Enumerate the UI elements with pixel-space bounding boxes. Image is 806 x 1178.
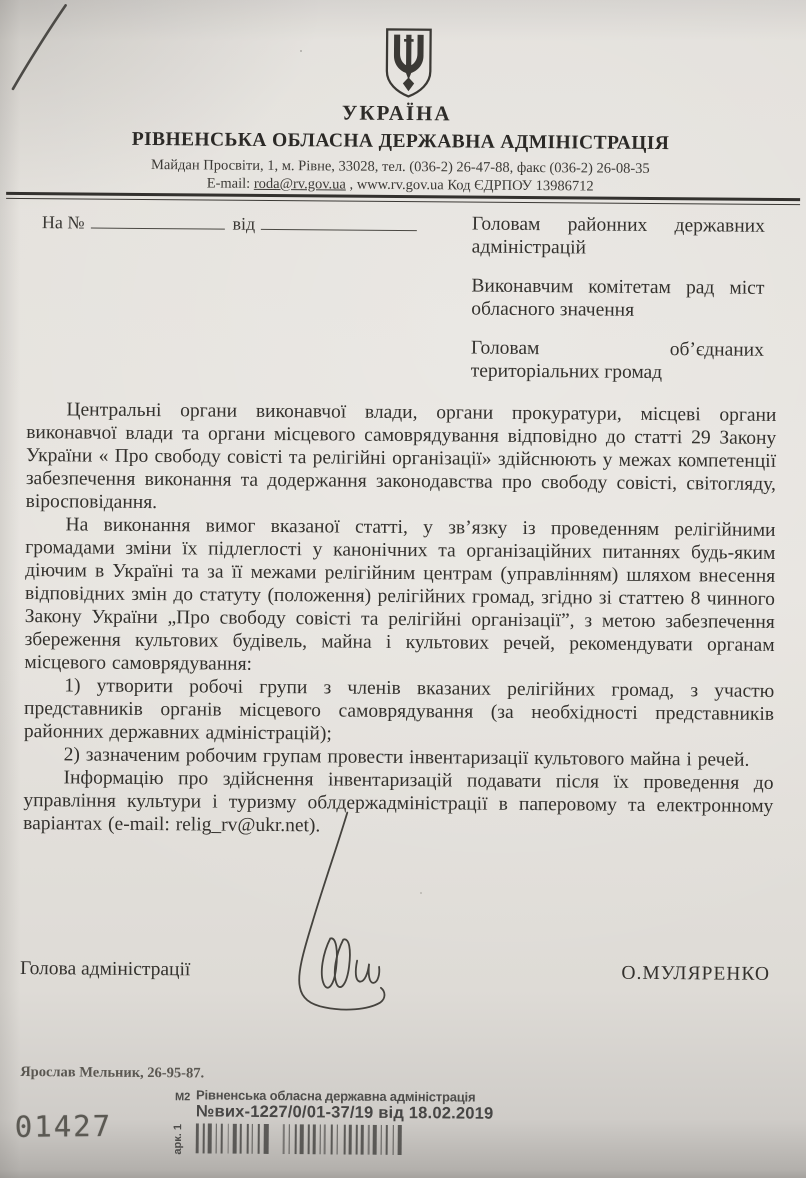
website-edrpou: , www.rv.gov.ua Код ЄДРПОУ 13986712 [349,177,593,195]
letter-body: Центральні органи виконавчої влади, орга… [23,398,776,841]
registration-stamp: М2 арк. 1 Рівненська обласна державна ад… [175,1087,485,1089]
signer-position: Голова адміністрації [20,958,190,981]
organization-name: РІВНЕНСЬКА ОБЛАСНА ДЕРЖАВНА АДМІНІСТРАЦІ… [0,128,800,156]
barcode [196,1123,408,1155]
coat-of-arms-icon [382,26,436,99]
recipient: Головам об’єднаних територіальних громад [471,337,764,385]
stamp-m2-mark: М2 [175,1091,190,1103]
signer-name: О.МУЛЯРЕНКО [621,963,770,986]
executor-line: Ярослав Мельник, 26-95-87. [20,1064,204,1082]
recipient: Виконавчим комітетам рад міст обласного … [471,275,764,323]
number-blank-line [91,214,225,230]
recipients-block: Головам районних державних адміністрацій… [471,213,765,401]
on-number-label: На № [42,212,85,232]
reference-line: На №від [42,212,417,236]
scanned-paper: УКРАЇНА РІВНЕНСЬКА ОБЛАСНА ДЕРЖАВНА АДМІ… [0,0,806,1178]
signature-row: Голова адміністрації О.МУЛЯРЕНКО [20,958,770,986]
recipient: Головам районних державних адміністрацій [472,213,765,261]
country-name: УКРАЇНА [1,98,793,129]
signature-handwriting [272,802,406,1015]
handwritten-registration-number: 01427 [15,1109,113,1144]
stamp-registration-number: №вих-1227/0/01-37/19 від 18.02.2019 [196,1102,485,1123]
body-paragraph: 1) утворити робочі групи з членів вказан… [24,674,775,749]
stamp-sheet-label: арк. 1 [172,1124,184,1155]
email-label: E-mail: [207,175,251,191]
pen-mark [5,0,86,99]
from-label: від [232,214,255,234]
body-paragraph: Центральні органи виконавчої влади, орга… [26,398,777,519]
body-paragraph: На виконання вимог вказаної статті, у зв… [24,513,775,680]
email-address: roda@rv.gov.ua [254,176,346,193]
document-scan: УКРАЇНА РІВНЕНСЬКА ОБЛАСНА ДЕРЖАВНА АДМІ… [0,0,806,1178]
date-blank-line [261,215,417,231]
